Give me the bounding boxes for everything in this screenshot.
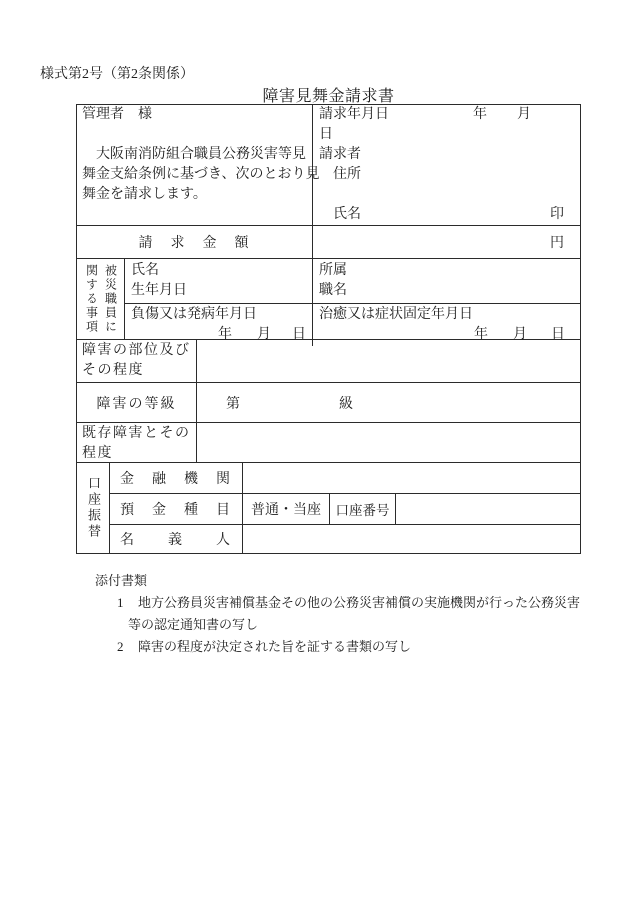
recipient-label: 管理者 様	[82, 105, 307, 125]
account-holder-row: 名 義 人	[110, 525, 580, 553]
victim-section-vertical-header: 被災職員に 関する事項	[77, 259, 125, 339]
deposit-type-row: 預 金 種 目 普通・当座 口座番号	[110, 494, 580, 525]
deposit-type-options: 普通・当座	[243, 494, 330, 524]
year-label: 年	[473, 105, 487, 125]
recipient-cell: 管理者 様 大阪南消防組合職員公務災害等見 舞金支給条例に基づき、次のとおり見 …	[77, 105, 313, 225]
disability-grade-value-cell: 第 級	[197, 383, 580, 422]
day-label: 日	[551, 325, 565, 345]
account-holder-label: 名 義 人	[110, 525, 243, 553]
existing-disability-row: 既存障害とその 程度	[77, 422, 580, 462]
bank-transfer-vertical-header: 口座振替	[77, 463, 110, 553]
address-label: 住所	[319, 165, 580, 185]
name-label: 氏名	[319, 205, 361, 225]
disability-part-label-2: その程度	[82, 361, 191, 381]
form-title: 障害見舞金請求書	[76, 83, 581, 106]
disability-part-value-cell	[197, 340, 580, 382]
victim-vertical-text-2: 関する事項	[82, 264, 101, 334]
attachment-item-2-number: 2	[117, 636, 138, 658]
existing-disability-cell: 既存障害とその 程度	[77, 423, 197, 462]
financial-institution-row: 金 融 機 関	[110, 463, 580, 494]
healing-date-fields: 年 月 日	[319, 325, 574, 345]
account-number-label: 口座番号	[330, 494, 396, 524]
bank-transfer-body: 金 融 機 関 預 金 種 目 普通・当座 口座番号 名 義 人	[110, 463, 580, 553]
deposit-type-label: 預 金 種 目	[110, 494, 243, 524]
grade-kyu-label: 級	[339, 393, 353, 413]
victim-identity-row: 氏名 生年月日 所属 職名	[125, 259, 580, 304]
account-holder-value-cell	[243, 525, 580, 553]
attachments-title: 添付書類	[95, 570, 580, 592]
job-title-label: 職名	[319, 281, 574, 301]
blank-line	[319, 185, 580, 205]
grade-dai-label: 第	[226, 393, 240, 413]
victim-section-body: 氏名 生年月日 所属 職名 負傷又は発病年月日 年 月 日	[125, 259, 580, 339]
existing-disability-label-1: 既存障害とその	[82, 424, 191, 444]
attachment-item-2-text: 障害の程度が決定された旨を証する書類の写し	[138, 639, 411, 654]
financial-institution-value-cell	[243, 463, 580, 493]
injury-date-label: 負傷又は発病年月日	[131, 305, 306, 325]
existing-disability-value-cell	[197, 423, 580, 462]
birthdate-label: 生年月日	[131, 281, 306, 301]
healing-date-cell: 治癒又は症状固定年月日 年 月 日	[313, 304, 580, 346]
financial-institution-label: 金 融 機 関	[110, 463, 243, 493]
disability-grade-label-cell: 障害の等級	[77, 383, 197, 422]
victim-name-cell: 氏名 生年月日	[125, 259, 313, 303]
claimant-label: 請求者	[319, 145, 580, 165]
victim-vertical-text-1: 被災職員に	[101, 264, 120, 334]
claimant-cell: 請求年月日 年 月 日 請求者 住所 氏名 印	[313, 105, 580, 225]
attachments-section: 添付書類 1地方公務員災害補償基金その他の公務災害補償の実施機関が行った公務災害…	[95, 570, 580, 658]
attachment-item-1-number: 1	[117, 592, 138, 614]
victim-name-label: 氏名	[131, 261, 306, 281]
name-seal-line: 氏名 印	[319, 205, 580, 225]
month-label: 月	[257, 325, 271, 345]
injury-date-fields: 年 月 日	[131, 325, 306, 345]
document-page: 様式第2号（第2条関係） 障害見舞金請求書 管理者 様 大阪南消防組合職員公務災…	[0, 0, 630, 903]
disability-part-cell: 障害の部位及び その程度	[77, 340, 197, 382]
victim-section-row: 被災職員に 関する事項 氏名 生年月日 所属 職名	[77, 258, 580, 339]
day-label: 日	[319, 125, 580, 145]
existing-disability-label-2: 程度	[82, 444, 191, 464]
bank-transfer-row: 口座振替 金 融 機 関 預 金 種 目 普通・当座 口座番号 名 義 人	[77, 462, 580, 553]
disability-part-row: 障害の部位及び その程度	[77, 339, 580, 382]
form-number: 様式第2号（第2条関係）	[40, 63, 194, 83]
claim-amount-row: 請 求 金 額 円	[77, 225, 580, 258]
claim-date-label: 請求年月日	[319, 107, 389, 122]
account-number-value-cell	[396, 494, 580, 524]
month-label: 月	[513, 325, 527, 345]
attachment-item-1-continuation: 等の認定通知書の写し	[95, 614, 580, 636]
blank-line	[82, 125, 307, 145]
injury-date-cell: 負傷又は発病年月日 年 月 日	[125, 304, 313, 346]
yen-label: 円	[550, 232, 564, 252]
claim-date-line: 請求年月日 年 月	[319, 105, 580, 125]
healing-date-label: 治癒又は症状固定年月日	[319, 305, 574, 325]
seal-label: 印	[550, 205, 564, 225]
claim-amount-value-cell: 円	[313, 226, 580, 258]
attachment-item-2: 2障害の程度が決定された旨を証する書類の写し	[95, 636, 580, 658]
header-row: 管理者 様 大阪南消防組合職員公務災害等見 舞金支給条例に基づき、次のとおり見 …	[77, 105, 580, 225]
victim-dates-row: 負傷又は発病年月日 年 月 日 治癒又は症状固定年月日 年 月 日	[125, 304, 580, 346]
request-paragraph-line: 舞金を請求します。	[82, 185, 307, 205]
request-paragraph-line: 大阪南消防組合職員公務災害等見	[82, 145, 307, 165]
claim-amount-label-cell: 請 求 金 額	[77, 226, 313, 258]
request-paragraph-line: 舞金支給条例に基づき、次のとおり見	[82, 165, 307, 185]
year-label: 年	[474, 325, 488, 345]
attachment-item-1: 1地方公務員災害補償基金その他の公務災害補償の実施機関が行った公務災害	[95, 592, 580, 614]
disability-grade-row: 障害の等級 第 級	[77, 382, 580, 422]
attachment-item-1-text: 地方公務員災害補償基金その他の公務災害補償の実施機関が行った公務災害	[138, 595, 580, 610]
affiliation-label: 所属	[319, 261, 574, 281]
month-label: 月	[517, 105, 531, 125]
year-label: 年	[218, 325, 232, 345]
bank-transfer-vertical-text: 口座振替	[83, 476, 103, 540]
claim-form-table: 管理者 様 大阪南消防組合職員公務災害等見 舞金支給条例に基づき、次のとおり見 …	[76, 104, 581, 554]
day-label: 日	[292, 325, 306, 345]
victim-affiliation-cell: 所属 職名	[313, 259, 580, 303]
